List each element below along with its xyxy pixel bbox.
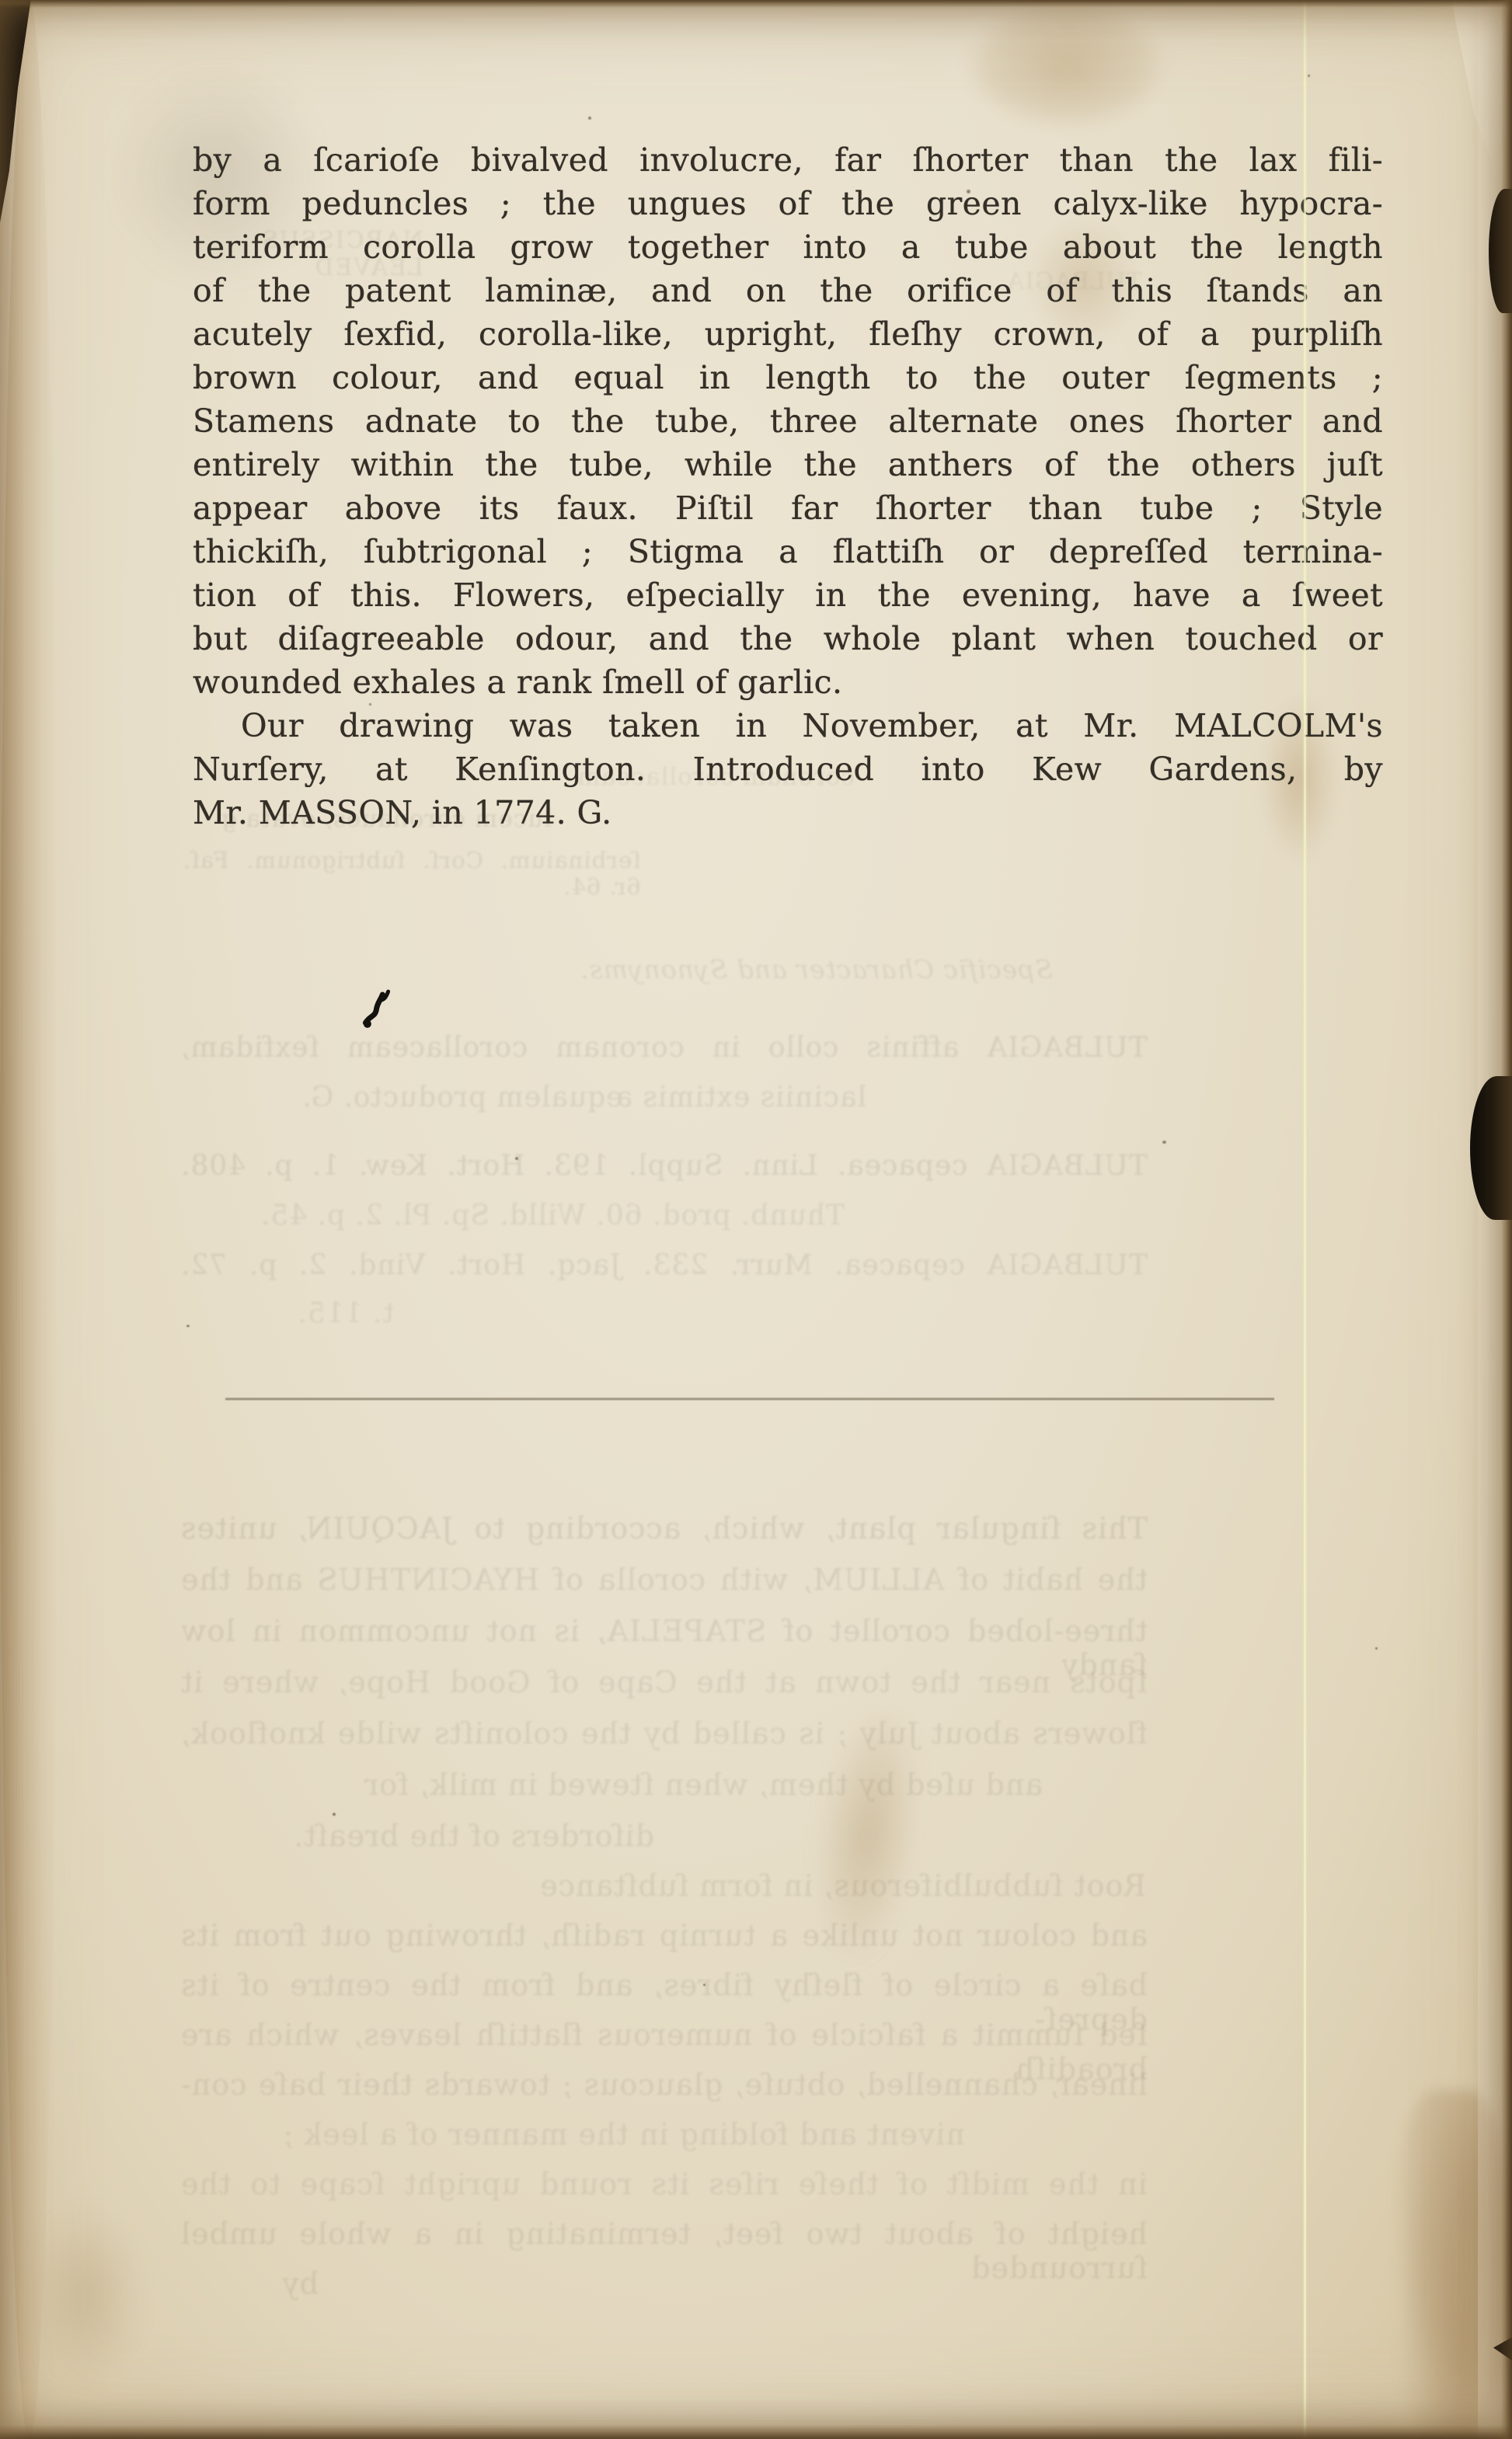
text-line: acutely ſexfid, corolla-like, upright, f… <box>193 312 1383 356</box>
ghost-line: diſorders of the breaſt. <box>180 1819 654 1853</box>
text-line: Our drawing was taken in November, at Mr… <box>193 704 1383 747</box>
ghost-line: laciniis extimis æqualem producto. G. <box>233 1082 866 1113</box>
text-line: brown colour, and equal in length to the… <box>193 356 1383 399</box>
ghost-line: height of about two feet, terminating in… <box>180 2217 1148 2285</box>
ghost-line: by <box>233 2267 319 2301</box>
ghost-line: Thunb. prod. 60. Willd. Sp. Pl. 2. p. 45… <box>235 1200 845 1232</box>
text-line: entirely within the tube, while the anth… <box>193 443 1383 486</box>
main-text: by a ſcarioſe bivalved involucre, far ſh… <box>193 138 1383 834</box>
ghost-line: and uſed by them, when ſtewed in milk, f… <box>180 1768 1043 1802</box>
ghost-heading: Specific Character and Synonyms. <box>579 954 1053 984</box>
scanned-page: NARCISSUS-LEAVED TULBAGIA coronam coroll… <box>0 0 1512 2439</box>
crease-line <box>1304 0 1306 2439</box>
text-line: teriform corolla grow together into a tu… <box>193 225 1383 269</box>
ghost-line: ſerbinaium. Corſ. ſubtrigonum. Faſ. 6r. … <box>183 847 641 900</box>
ghost-line: TULBAGIA cepacea. Murr. 233. Jacq. Hort.… <box>180 1249 1148 1281</box>
text-line: by a ſcarioſe bivalved involucre, far ſh… <box>193 138 1383 182</box>
separator-rule <box>225 1398 1274 1400</box>
paper: NARCISSUS-LEAVED TULBAGIA coronam coroll… <box>0 0 1512 2439</box>
ghost-line: and colour not unlike a turnip radiſh, t… <box>180 1918 1148 1953</box>
ghost-line: linear, channelled, obtuſe, glaucous ; t… <box>180 2068 1148 2102</box>
text-line: form peduncles ; the ungues of the green… <box>193 182 1383 225</box>
text-line: tion of this. Flowers, eſpecially in the… <box>193 573 1383 617</box>
text-line: appear above its faux. Piſtil far ſhorte… <box>193 486 1383 530</box>
text-line: Nurſery, at Kenſington. Introduced into … <box>193 747 1383 791</box>
ghost-line: Root ſubbulbiferous, in form ſubſtance <box>233 1869 1146 1903</box>
text-line: of the patent laminæ, and on the orifice… <box>193 269 1383 312</box>
ghost-line: nivent and folding in the manner of a le… <box>180 2117 965 2152</box>
text-line: Mr. MASSON, in 1774. G. <box>193 791 1383 834</box>
ghost-line: TULBAGIA cepacea. Linn. Suppl. 193. Hort… <box>180 1150 1148 1182</box>
text-line: Stamens adnate to the tube, three altern… <box>193 399 1383 443</box>
text-line: wounded exhales a rank ſmell of garlic. <box>193 660 1383 704</box>
ghost-line: flowers about July ; is called by the co… <box>180 1716 1148 1751</box>
text-line: thickiſh, ſubtrigonal ; Stigma a flattiſ… <box>193 530 1383 573</box>
ghost-line: the habit of ALLIUM, with corolla of HYA… <box>180 1563 1148 1597</box>
ghost-line: in the midſt of theſe riſes its round up… <box>180 2167 1148 2201</box>
text-line: but diſagreeable odour, and the whole pl… <box>193 617 1383 660</box>
ghost-line: TULBAGIA affinis collo in coronam coroll… <box>180 1032 1148 1064</box>
ghost-line: t. 115. <box>235 1298 394 1329</box>
ghost-line: ſpots near the town at the Cape of Good … <box>180 1665 1148 1699</box>
ghost-line: This ſingular plant, which, according to… <box>180 1511 1148 1545</box>
